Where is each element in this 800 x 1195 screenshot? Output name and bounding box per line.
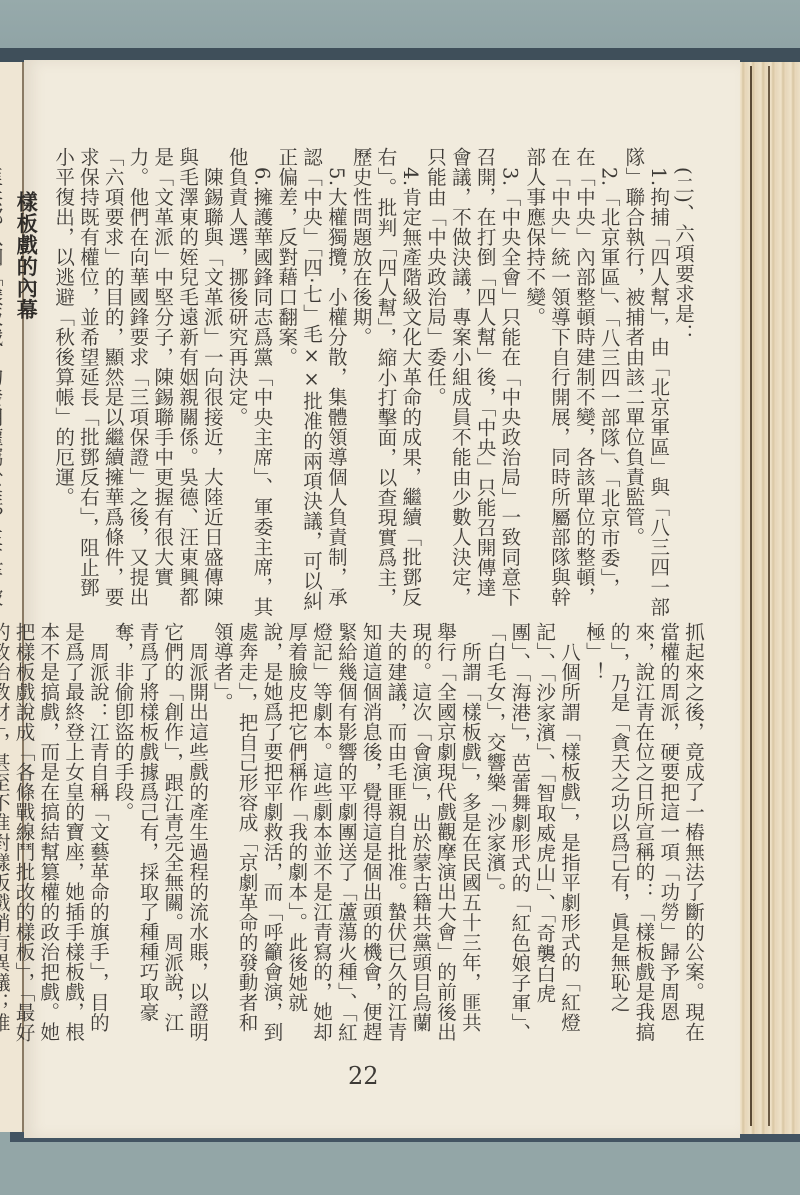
text-block-lower: 抓起來之後，竟成了一樁無法了斷的公案。現在當權的周派，硬要把這一項「功勞」歸予周… <box>75 622 705 1047</box>
demand-item-6: 6.擁護華國鋒同志爲黨「中央主席」、軍委主席，其他負責人選，挪後研究再決定。 <box>224 147 274 617</box>
text-block-upper: (二)、六項要求是： 1.拘捕「四人幫」，由「北京軍區」與「八三四一部隊」聯合執… <box>75 147 695 617</box>
body-paragraph: 所謂「樣板戲」，多是在民國五十三年，匪共舉行「全國京劇現代戲觀摩演出大會」的前後… <box>209 622 482 1047</box>
demand-item-3: 3.「中央全會」只能在「中央政治局」一致同意下召開，在打倒「四人幫」後，「中央」… <box>422 147 521 617</box>
analysis-paragraph: 陳錫聯與「文革派」一向很接近，大陸近日盛傳陳與毛澤東的姪兒毛遠新有姻親關係。吳德… <box>50 147 224 617</box>
book-cover-bottom <box>0 1138 800 1195</box>
page-number: 22 <box>348 1062 379 1090</box>
section-heading: 樣板戲的內幕 <box>13 147 38 617</box>
body-paragraph: 周派開出這些戲的產生過程的流水賬，以證明它們的「創作」，跟江青完全無關。周派說，… <box>110 622 209 1047</box>
demand-item-5: 5.大權獨攬，小權分散，集體領導個人負責制，承認「中央」「四‧七」毛××批准的兩… <box>273 147 347 617</box>
demand-item-1: 1.拘捕「四人幫」，由「北京軍區」與「八三四一部隊」聯合執行，被捕者由該二單位負… <box>621 147 671 617</box>
body-paragraph: 八個所謂「樣板戲」，是指平劇形式的「紅燈記」、「沙家濱」、「智取威虎山」、「奇襲… <box>482 622 581 1047</box>
demand-item-4: 4.肯定無產階級文化大革命的成果，繼續「批鄧反右」。批判「四人幫」，縮小打擊面，… <box>348 147 422 617</box>
page-stack-edges <box>736 62 800 1134</box>
six-demands-intro: (二)、六項要求是： <box>670 147 695 617</box>
body-paragraph: 周派說：江青自稱「文藝革命的旗手」，目的是爲了最終登上女皇的寶座，她插手樣板戲，… <box>0 622 110 1047</box>
continued-paragraph: 抓起來之後，竟成了一樁無法了斷的公案。現在當權的周派，硬要把這一項「功勞」歸予周… <box>581 622 705 1047</box>
demand-item-2: 2.「北京軍區」、「八三四一部隊」、「北京市委」，在「中央」內部整頓時建制不變，… <box>521 147 620 617</box>
section-opening-paragraph: 匪共那八個「樣板戲」的發明權屬於誰？在江青被 <box>0 147 3 617</box>
